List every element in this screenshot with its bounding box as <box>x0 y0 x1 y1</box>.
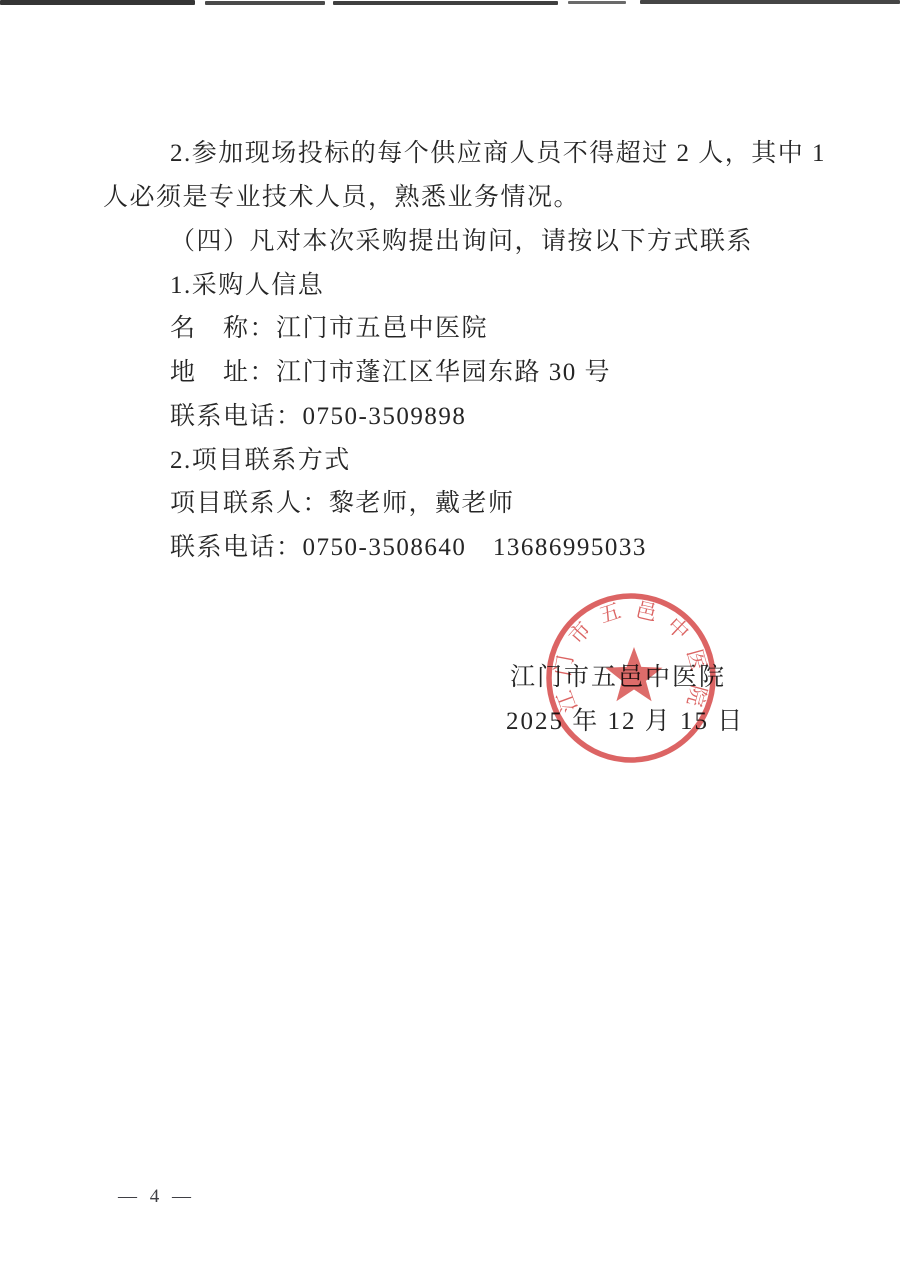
scan-artifact-segment <box>0 0 195 5</box>
scan-artifact-segment <box>640 0 900 4</box>
scan-artifact-segment <box>568 1 626 4</box>
buyer-name-line: 名 称：江门市五邑中医院 <box>170 308 488 344</box>
list-item: 1.采购人信息 <box>170 265 324 301</box>
official-seal-stamp: 江门市五邑中医院 <box>542 589 722 769</box>
seal-star-icon <box>606 647 663 701</box>
paragraph-line: 人必须是专业技术人员，熟悉业务情况。 <box>103 177 580 213</box>
project-phone-line: 联系电话：0750-3508640 13686995033 <box>170 527 647 563</box>
buyer-phone-line: 联系电话：0750-3509898 <box>170 396 466 432</box>
section-heading: （四）凡对本次采购提出询问，请按以下方式联系 <box>170 221 753 257</box>
scan-artifact <box>0 0 900 7</box>
buyer-address-line: 地 址：江门市蓬江区华园东路 30 号 <box>170 352 611 388</box>
list-item: 2.项目联系方式 <box>170 440 351 476</box>
document-page: 2.参加现场投标的每个供应商人员不得超过 2 人，其中 1 人必须是专业技术人员… <box>0 0 900 1274</box>
scan-artifact-segment <box>333 1 558 5</box>
page-number: — 4 — <box>118 1186 195 1208</box>
project-contact-line: 项目联系人：黎老师，戴老师 <box>170 483 515 519</box>
paragraph-line: 2.参加现场投标的每个供应商人员不得超过 2 人，其中 1 <box>170 133 826 169</box>
scan-artifact-segment <box>205 1 325 5</box>
